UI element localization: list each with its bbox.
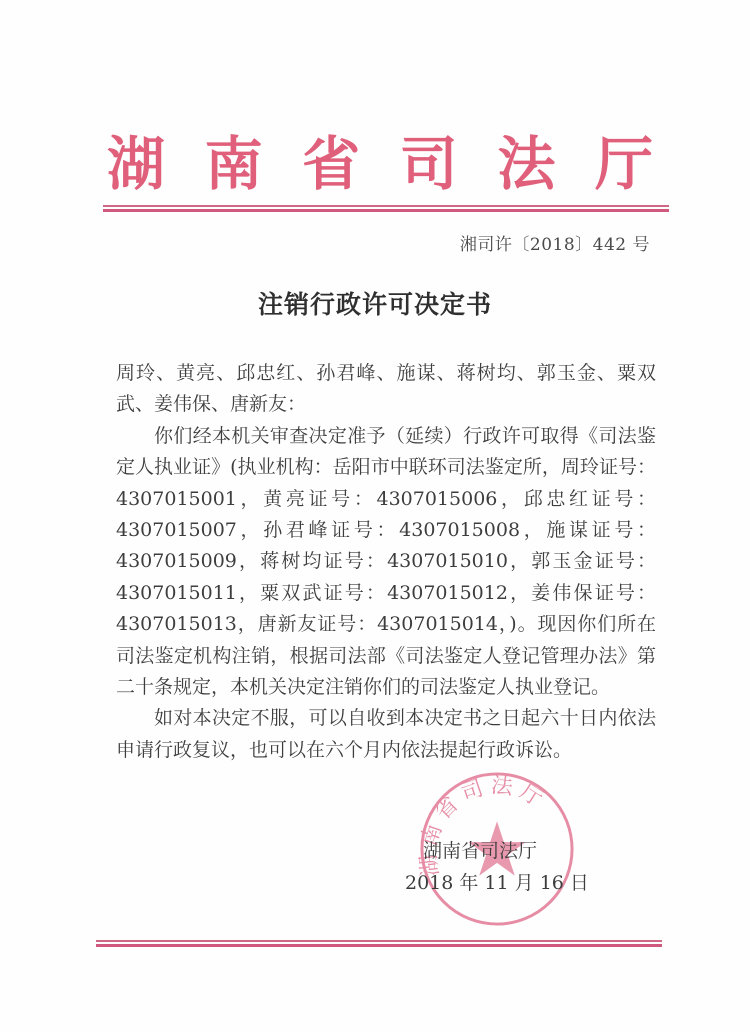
- masthead-char: 南: [198, 128, 270, 200]
- masthead-char: 湖: [100, 128, 172, 200]
- masthead-char: 厅: [588, 128, 660, 200]
- signature-org: 湖南省司法厅: [405, 835, 605, 867]
- masthead-char: 法: [490, 128, 562, 200]
- header-rule-bottom: [103, 209, 669, 212]
- masthead: 湖 南 省 司 法 厅: [100, 128, 660, 200]
- signature-block: 湖南省司法厅 2018 年 11 月 16 日: [405, 835, 605, 899]
- signature-date: 2018 年 11 月 16 日: [405, 867, 605, 899]
- document-number: 湘司许〔2018〕442 号: [460, 230, 650, 255]
- header-rule-top: [103, 205, 669, 207]
- document-body: 周玲、黄亮、邱忠红、孙君峰、施谋、蒋树均、郭玉金、粟双武、姜伟保、唐新友： 你们…: [116, 358, 656, 766]
- masthead-char: 司: [393, 128, 465, 200]
- appeal-paragraph: 如对本决定不服，可以自收到本决定书之日起六十日内依法申请行政复议，也可以在六个月…: [116, 703, 656, 766]
- masthead-char: 省: [295, 128, 367, 200]
- document-title: 注销行政许可决定书: [0, 285, 750, 321]
- decision-paragraph: 你们经本机关审查决定准予（延续）行政许可取得《司法鉴定人执业证》(执业机构：岳阳…: [116, 421, 656, 704]
- footer-rule-bottom: [96, 944, 662, 947]
- document-page: 湖 南 省 司 法 厅 湘司许〔2018〕442 号 注销行政许可决定书 周玲、…: [0, 0, 750, 1031]
- addressees: 周玲、黄亮、邱忠红、孙君峰、施谋、蒋树均、郭玉金、粟双武、姜伟保、唐新友：: [116, 358, 656, 421]
- footer-rule-top: [96, 940, 662, 942]
